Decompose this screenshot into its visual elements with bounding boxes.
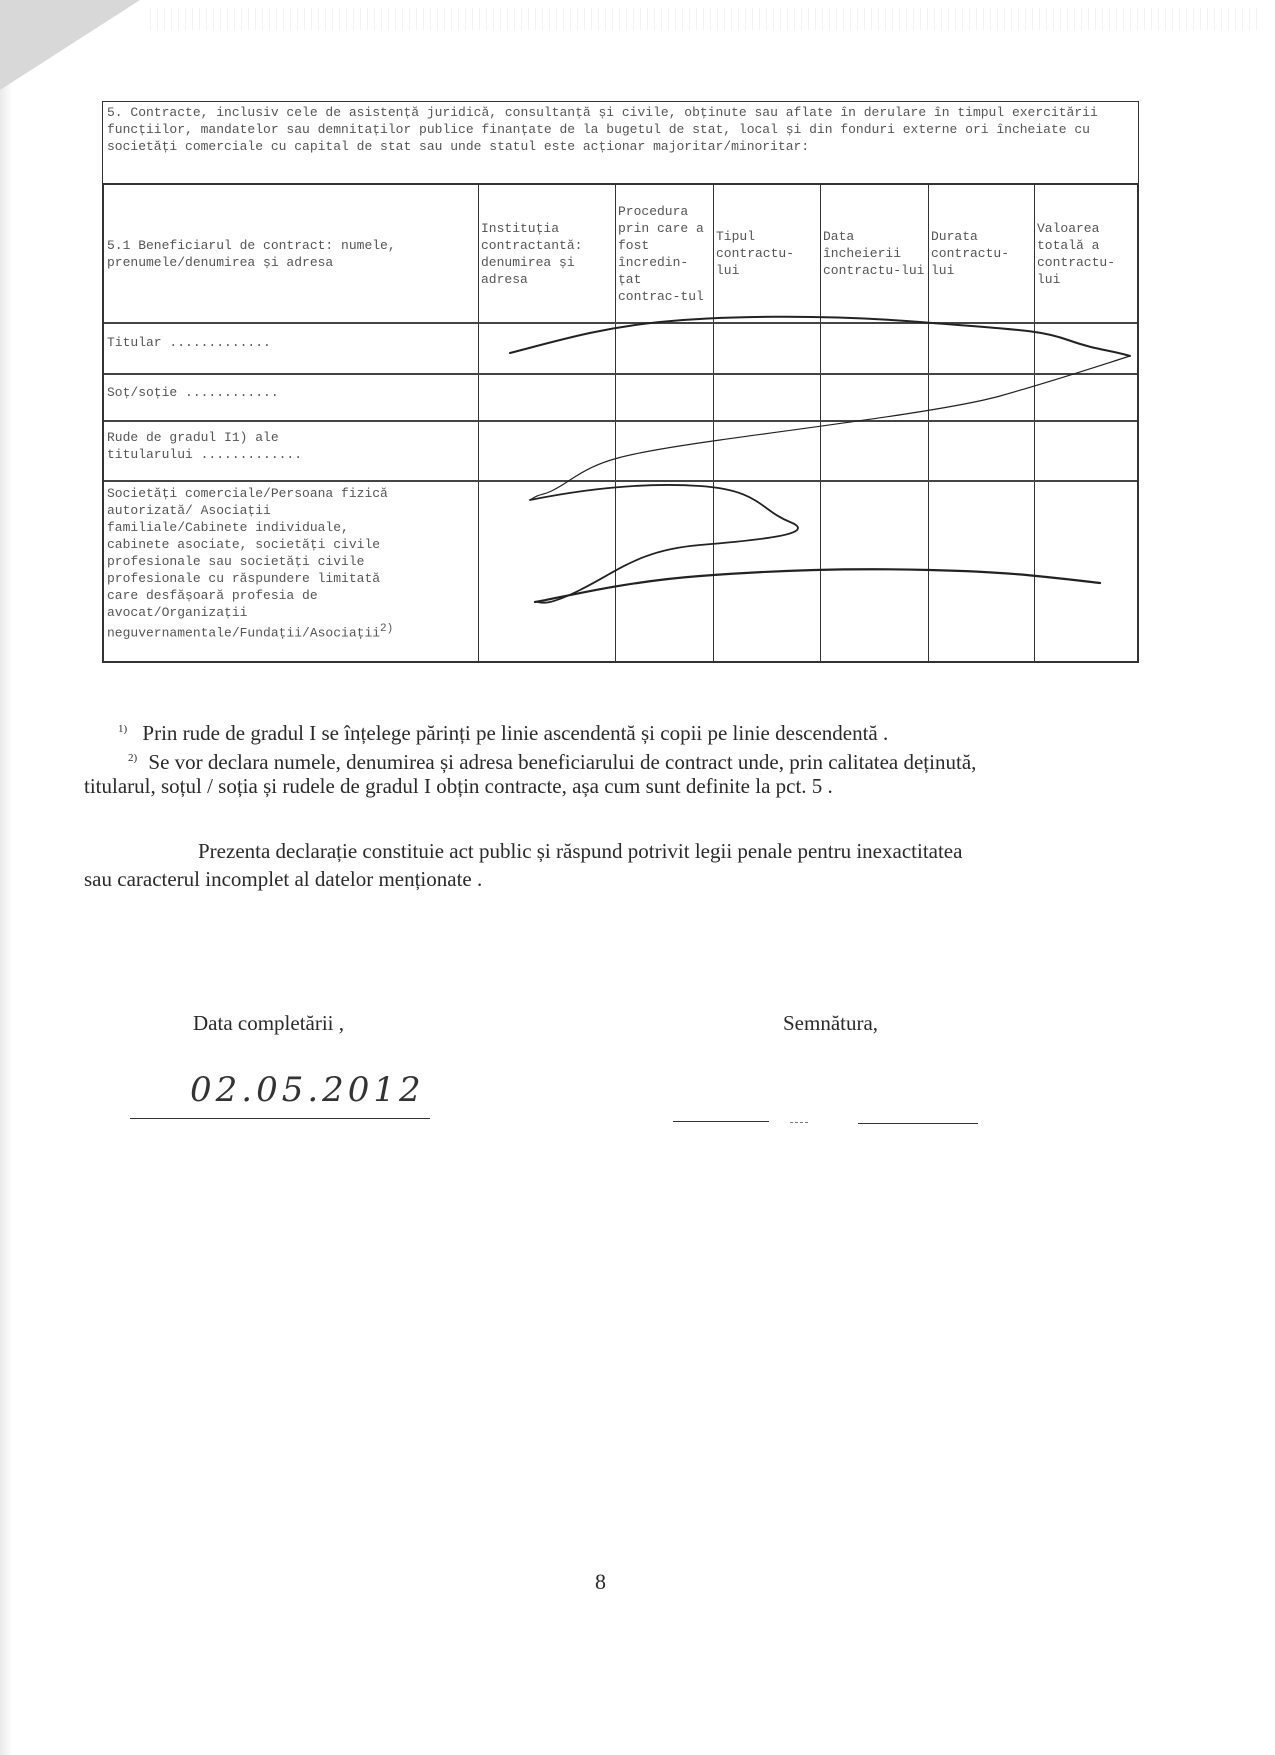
header-text: Tipul contractu-lui xyxy=(716,228,817,279)
page-number: 8 xyxy=(595,1568,606,1595)
header-beneficiary: 5.1 Beneficiarul de contract: numele, pr… xyxy=(104,185,478,322)
scan-edge-shadow xyxy=(0,0,12,1755)
footnote-2-text-line1: Se vor declara numele, denumirea și adre… xyxy=(148,750,976,774)
date-value-handwritten: 02.05.2012 xyxy=(190,1070,425,1110)
row-label-titular: Titular ............. xyxy=(104,326,478,372)
scan-noise xyxy=(150,8,1260,30)
header-contract-type: Tipul contractu-lui xyxy=(713,185,820,322)
header-text: Valoarea totală a contractu-lui xyxy=(1037,220,1134,288)
header-contract-date: Data încheierii contractu-lui xyxy=(820,185,928,322)
date-label-text: Data completării , xyxy=(193,1011,344,1035)
footnote-1-text: Prin rude de gradul I se înțelege părinț… xyxy=(142,721,888,745)
footnote-2-text-line2: titularul, soțul / soția și rudele de gr… xyxy=(84,774,833,798)
row-divider xyxy=(104,480,1137,482)
row-label-text: Societăți comerciale/Persoana fizică aut… xyxy=(107,486,388,640)
signature-label: Semnătura, xyxy=(783,1010,878,1037)
signature-line-right xyxy=(858,1123,978,1124)
header-text: 5.1 Beneficiarul de contract: numele, pr… xyxy=(107,237,475,271)
declaration-text: sau caracterul incomplet al datelor menț… xyxy=(84,867,482,891)
signature-line-left xyxy=(673,1121,769,1122)
section-5-intro-text: 5. Contracte, inclusiv cele de asistență… xyxy=(107,105,1098,154)
signature-label-text: Semnătura, xyxy=(783,1011,878,1035)
section-5-intro: 5. Contracte, inclusiv cele de asistență… xyxy=(102,101,1139,184)
footnote-1-mark: 1) xyxy=(118,723,127,735)
row-label-text: Rude de gradul I1) ale titularului .....… xyxy=(107,430,302,462)
signature-mark xyxy=(790,1122,808,1123)
header-text: Data încheierii contractu-lui xyxy=(823,228,925,279)
header-institution: Instituția contractantă: denumirea și ad… xyxy=(478,185,615,322)
date-label: Data completării , xyxy=(193,1010,344,1037)
row-label-text: Soț/soție ............ xyxy=(107,385,279,400)
header-text: Instituția contractantă: denumirea și ad… xyxy=(481,220,612,288)
footnote-ref: 2) xyxy=(380,623,393,635)
row-label-text: Titular ............. xyxy=(107,335,271,350)
row-label-spouse: Soț/soție ............ xyxy=(104,376,478,420)
row-label-companies: Societăți comerciale/Persoana fizică aut… xyxy=(104,483,414,663)
header-procedure: Procedura prin care a fost încredin-țat … xyxy=(615,185,713,322)
date-value-text: 02.05.2012 xyxy=(190,1070,425,1110)
header-contract-duration: Durata contractu-lui xyxy=(928,185,1034,322)
row-divider xyxy=(104,420,1137,422)
header-text: Procedura prin care a fost încredin-țat … xyxy=(618,203,710,305)
row-divider xyxy=(104,373,1137,375)
header-text: Durata contractu-lui xyxy=(931,228,1031,279)
page-number-text: 8 xyxy=(595,1569,606,1594)
footnote-2: 2) Se vor declara numele, denumirea și a… xyxy=(128,745,976,776)
footnote-1: 1) Prin rude de gradul I se înțelege păr… xyxy=(118,716,888,747)
folded-corner xyxy=(0,0,140,90)
contracts-table: 5.1 Beneficiarul de contract: numele, pr… xyxy=(102,183,1139,663)
row-label-relatives: Rude de gradul I1) ale titularului .....… xyxy=(104,423,364,479)
header-contract-value: Valoarea totală a contractu-lui xyxy=(1034,185,1137,322)
footnote-2-cont: titularul, soțul / soția și rudele de gr… xyxy=(84,773,833,800)
footnote-2-mark: 2) xyxy=(128,752,137,764)
declaration-text: Prezenta declarație constituie act publi… xyxy=(198,839,962,863)
date-underline xyxy=(130,1118,430,1119)
row-divider xyxy=(104,322,1137,324)
declaration-line2: sau caracterul incomplet al datelor menț… xyxy=(84,866,482,893)
declaration-line1: Prezenta declarație constituie act publi… xyxy=(198,838,962,865)
